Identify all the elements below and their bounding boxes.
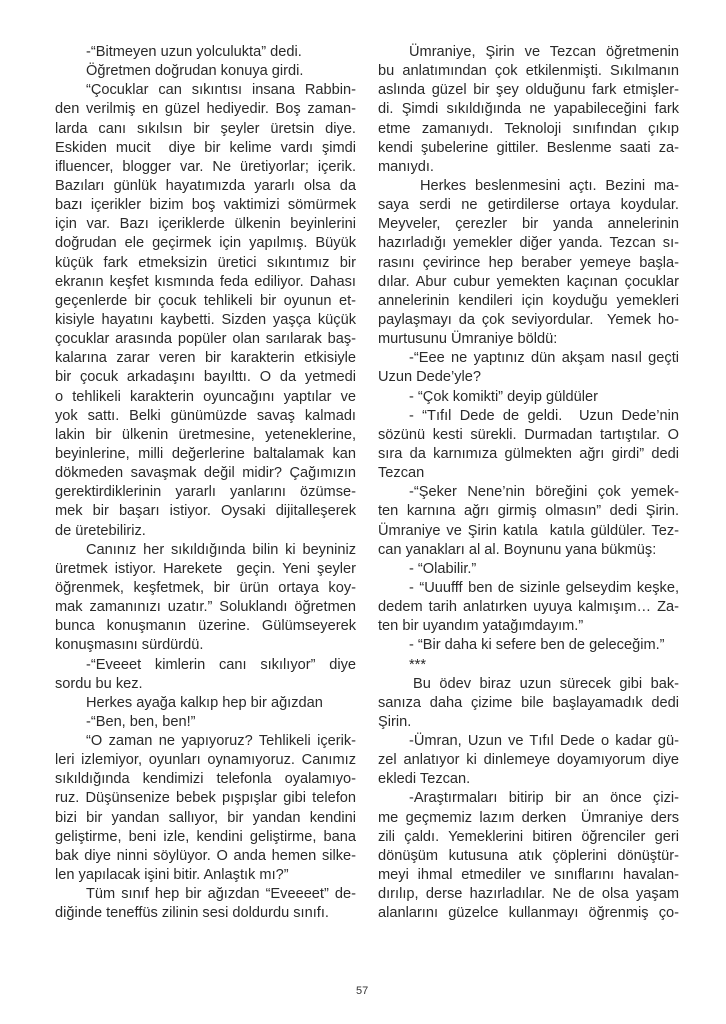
text-line: “O zaman ne yapıyoruz? Tehlikeli içerik- [55,732,356,751]
book-page: -“Bitmeyen uzun yolculukta” dedi.Öğretme… [0,0,726,1024]
text-line: larda canı sıkılsın bir şeyler üretsin d… [55,120,356,139]
text-line: Tüm sınıf hep bir ağızdan “Eveeeet” de- [55,885,356,904]
text-line: ekranın keşfet kısmında feda ediliyor. D… [55,273,356,292]
text-line: zili çaldı. Yemeklerini bitiren öğrencil… [378,828,679,847]
right-text-column: Ümraniye, Şirin ve Tezcan öğretmeninbu a… [378,43,679,923]
text-line: sözünü kesti sürekli. Durmadan tartıştıl… [378,426,679,445]
text-line: alanlarını güzelce kullanmayı öğrenmiş ç… [378,904,679,923]
text-line: de üretebiliriz. [55,522,356,541]
text-line: Şirin. [378,713,679,732]
text-line: rasını çevirince hep beraber yemeye başl… [378,254,679,273]
text-line: len yapılacak işini bitir. Anlaştık mı?” [55,866,356,885]
text-line: - “Tıfıl Dede de geldi. Uzun Dede’nin [378,407,679,426]
text-line: Meyveler, çerezler bir yanda annelerinin [378,215,679,234]
text-line: dırılıp, derse hazırladılar. Ne de olsa … [378,885,679,904]
text-line: zel anlatıyor ki dinlemeye doyamıyorum d… [378,751,679,770]
text-line: -“Eee ne yaptınız dün akşam nasıl geçti [378,349,679,368]
text-line: dılar. Abur cubur yemekten kaçınan çocuk… [378,273,679,292]
text-line: manıydı. [378,158,679,177]
text-line: diğinde teneffüs zilinin sesi doldurdu s… [55,904,356,923]
text-line: Herkes ayağa kalkıp hep bir ağızdan [55,694,356,713]
text-line: -Araştırmaları bitirip bir an önce çizi- [378,789,679,808]
text-line: Eskiden mucit diye bir kelime vardı şimd… [55,139,356,158]
text-line: murtusunu Ümraniye böldü: [378,330,679,349]
text-line: küçük fark etmeksizin üretici sıkıntımız… [55,254,356,273]
text-line: ekledi Tezcan. [378,770,679,789]
text-line: Canınız her sıkıldığında bilin ki beynin… [55,541,356,560]
text-line: dedem tarih anlatırken uyuya kalmışım… Z… [378,598,679,617]
text-line: çocuklar arasında popüler olan sarılarak… [55,330,356,349]
text-line: Herkes beslenmesini açtı. Bezini ma- [378,177,679,196]
text-line: Öğretmen doğrudan konuya girdi. [55,62,356,81]
text-line: mek bir başarı istiyor. Oysaki dijitalle… [55,502,356,521]
text-line: *** [378,656,679,675]
text-line: sıkıldığında kendimizi telefonla oyalamı… [55,770,356,789]
text-line: ruz. Düşünsenize bebek pışpışlar gibi te… [55,789,356,808]
text-line: can yanakları al al. Boynunu yana bükmüş… [378,541,679,560]
left-text-column: -“Bitmeyen uzun yolculukta” dedi.Öğretme… [55,43,356,923]
text-line: leri izlemiyor, oyunları oynamıyoruz. Ca… [55,751,356,770]
text-line: -“Şeker Nene’nin böreğini çok yemek- [378,483,679,502]
text-line: Ümraniye ve Şirin katıla katıla güldüler… [378,522,679,541]
text-line: dönüşüm kutusuna atık çöplerini dönüştür… [378,847,679,866]
text-line: kalarına zarar veren bir karakterin etki… [55,349,356,368]
text-line: annelerinin kendileri için koyduğu yemek… [378,292,679,311]
text-line: - “Uuufff ben de sizinle gelseydim keşke… [378,579,679,598]
text-line: kendi şubelerine gittiler. Beslenme saat… [378,139,679,158]
text-line: saya serdi ne getirdilerse ortaya koydul… [378,196,679,215]
text-line: dökmeden savaşmak değil midir? Çağımızın [55,464,356,483]
text-line: yok sattı. Belki günümüzde savaş kalmadı [55,407,356,426]
text-line: paylaşmayı da çok seviyordular. Yemek ho… [378,311,679,330]
text-line: ifluencer, blogger var. Ne üretiyorlar; … [55,158,356,177]
text-line: den verilmiş en güzel hediyedir. Boş zam… [55,100,356,119]
text-line: geçenlerde bir çocuk tehlikeli bir oyunu… [55,292,356,311]
text-line: ten bir uyandım yatağımdayım.” [378,617,679,636]
text-line: o tehlikeli karakterin oyuncağını yaptıl… [55,388,356,407]
text-line: beyinlerine, milli değerlerine baltalama… [55,445,356,464]
text-line: -Ümran, Uzun ve Tıfıl Dede o kadar gü- [378,732,679,751]
text-line: hazırladığı yemekler diğer yanda. Tezcan… [378,234,679,253]
text-line: sıra da karnımıza gülmekten ağrı girdi” … [378,445,679,464]
text-line: “Çocuklar can sıkıntısı insana Rabbin- [55,81,356,100]
text-line: kisiyle hayatını kaybetti. Sizden yaşça … [55,311,356,330]
text-line: gerektirdiklerinin yararlı yanlarını özü… [55,483,356,502]
text-line: Uzun Dede’yle? [378,368,679,387]
text-line: Bu ödev biraz uzun sürecek gibi bak- [378,675,679,694]
text-line: -“Ben, ben, ben!” [55,713,356,732]
text-line: sanıza daha çizime bile başlayamadık ded… [378,694,679,713]
text-line: sordu bu kez. [55,675,356,694]
text-line: Bazıları günlük hayatımızda yararlı olsa… [55,177,356,196]
text-line: geliştirme, beni izle, kendini geliştirm… [55,828,356,847]
text-line: üretmek istiyor. Harekete geçin. Yeni şe… [55,560,356,579]
text-line: bunca konuşmanın üzerine. Gülümseyerek [55,617,356,636]
text-line: ten karnına ağrı girmiş olmasın” dedi Şi… [378,502,679,521]
text-line: - “Olabilir.” [378,560,679,579]
text-line: doğrudan ele geçirmek için yapılmış. Büy… [55,234,356,253]
text-line: mak zamanınızı uzatır.” Soluklandı öğret… [55,598,356,617]
text-line: bizi bir yandan sallıyor, bir yandan ken… [55,809,356,828]
text-line: - “Bir daha ki sefere ben de geleceğim.” [378,636,679,655]
text-line: bir çocuk arkadaşını bayılttı. O da yetm… [55,368,356,387]
text-line: -“Bitmeyen uzun yolculukta” dedi. [55,43,356,62]
text-line: - “Çok komikti” deyip güldüler [378,388,679,407]
text-line: aslında güzel bir şey olduğunu fark etmi… [378,81,679,100]
text-line: Tezcan [378,464,679,483]
text-line: öğrenmek, keşfetmek, bir ürün ortaya koy… [55,579,356,598]
text-line: me geçmemiz lazım derken Ümraniye ders [378,809,679,828]
text-line: bazı içerikler bizim boş vaktimizi sömür… [55,196,356,215]
page-number: 57 [356,985,368,997]
text-line: di. Şimdi sıkıldığında ne yapabileceğini… [378,100,679,119]
text-line: Ümraniye, Şirin ve Tezcan öğretmenin [378,43,679,62]
text-line: etme zamanıydı. Teknoloji sınıfından çık… [378,120,679,139]
text-line: konuşmasını sürdürdü. [55,636,356,655]
text-line: bu anlatımından çok etkilenmişti. Sıkılm… [378,62,679,81]
text-line: lakin bir ülkenin üretmesine, yetenekler… [55,426,356,445]
text-line: meyi ihmal etmediler ve sınıflarını hava… [378,866,679,885]
text-line: bak diye ninni söylüyor. O anda hemen si… [55,847,356,866]
text-line: için var. Bazı içeriklerde ülkenin beyin… [55,215,356,234]
text-line: -“Eveeet kimlerin canı sıkılıyor” diye [55,656,356,675]
